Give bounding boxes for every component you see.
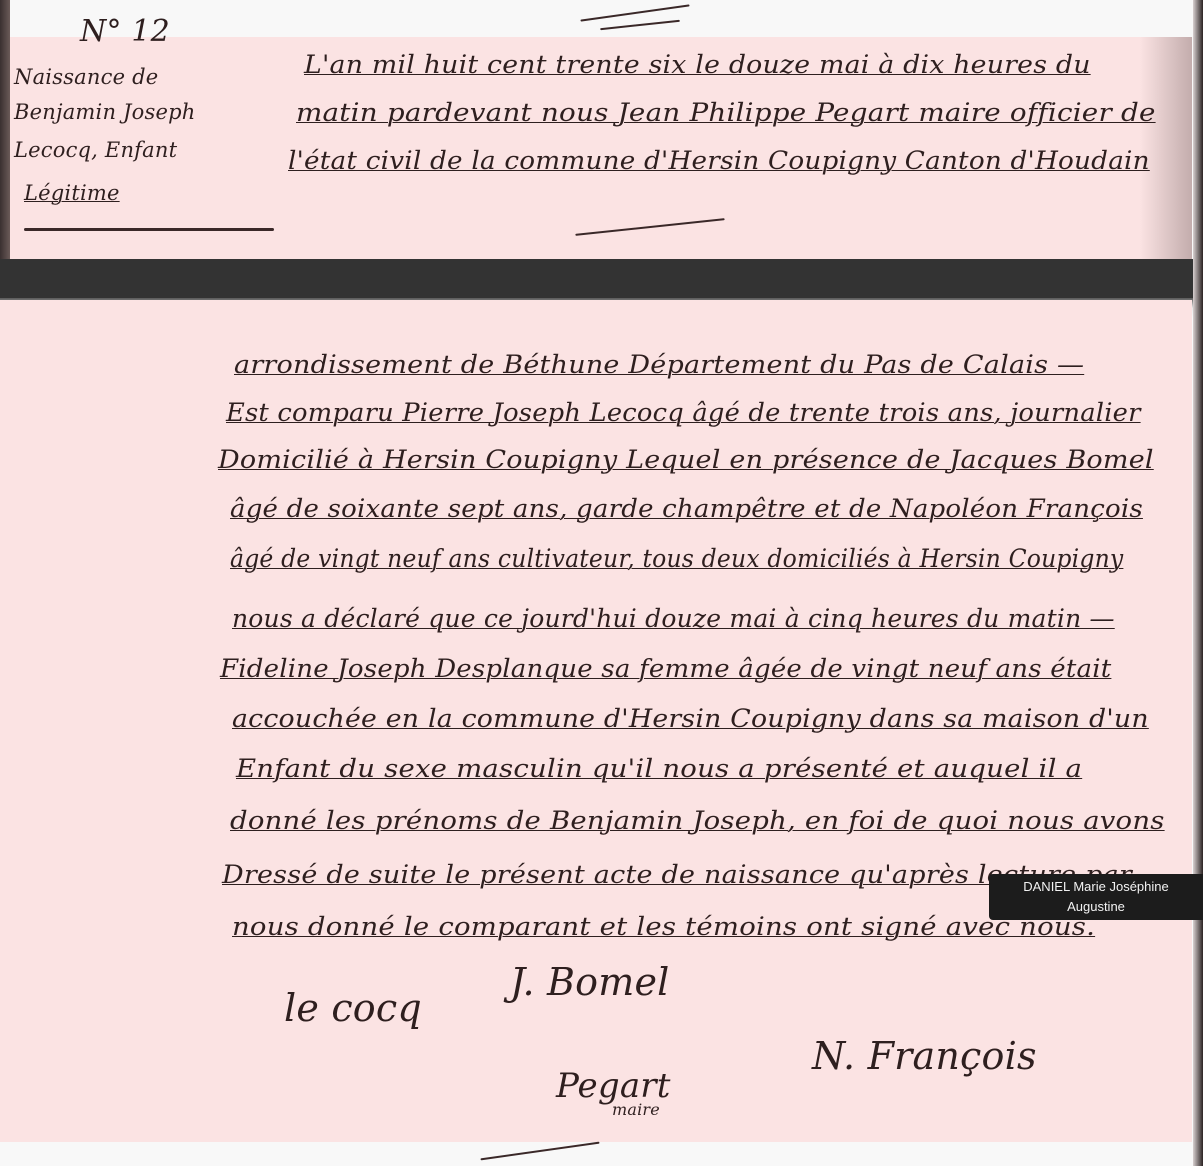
scan-left-edge [0, 0, 10, 260]
flourish [480, 1142, 599, 1161]
margin-note-line: Benjamin Joseph [14, 97, 195, 127]
margin-note-line: Lecocq, Enfant [14, 135, 177, 165]
body-line: Domicilié à Hersin Coupigny Lequel en pr… [218, 445, 1154, 474]
tooltip-line-2: Augustine [989, 897, 1203, 917]
signature-father: le cocq [284, 986, 422, 1030]
signature-witness-bomel: J. Bomel [510, 960, 670, 1004]
document-scan: N° 12 Naissance de Benjamin Joseph Lecoc… [0, 0, 1203, 1166]
body-line: arrondissement de Béthune Département du… [234, 350, 1084, 379]
record-number: N° 12 [80, 14, 170, 49]
body-line: nous donné le comparant et les témoins o… [232, 912, 1095, 941]
body-line: Enfant du sexe masculin qu'il nous a pré… [236, 754, 1082, 783]
header-line: L'an mil huit cent trente six le douze m… [304, 50, 1091, 79]
flourish [600, 20, 680, 30]
body-line: âgé de soixante sept ans, garde champêtr… [230, 494, 1143, 523]
body-line: accouchée en la commune d'Hersin Coupign… [232, 704, 1149, 733]
body-line: Fideline Joseph Desplanque sa femme âgée… [220, 654, 1111, 683]
signature-witness-francois: N. François [812, 1034, 1037, 1078]
body-line: donné les prénoms de Benjamin Joseph, en… [230, 806, 1165, 835]
flourish [580, 4, 689, 21]
margin-note-line: Légitime [24, 178, 120, 208]
body-line: nous a déclaré que ce jourd'hui douze ma… [232, 604, 1115, 633]
body-line: Est comparu Pierre Joseph Lecocq âgé de … [226, 398, 1141, 427]
margin-flourish [24, 228, 274, 231]
header-line: l'état civil de la commune d'Hersin Coup… [288, 146, 1150, 175]
tooltip-line-1: DANIEL Marie Joséphine [989, 877, 1203, 897]
body-line: âgé de vingt neuf ans cultivateur, tous … [230, 544, 1123, 573]
margin-note-line: Naissance de [14, 62, 158, 92]
scan-right-edge [1193, 0, 1203, 1166]
signature-mayor-title: maire [612, 1100, 660, 1119]
page-gap-band [0, 259, 1203, 300]
header-line: matin pardevant nous Jean Philippe Pegar… [296, 98, 1156, 127]
person-tooltip: DANIEL Marie Joséphine Augustine [989, 874, 1203, 920]
